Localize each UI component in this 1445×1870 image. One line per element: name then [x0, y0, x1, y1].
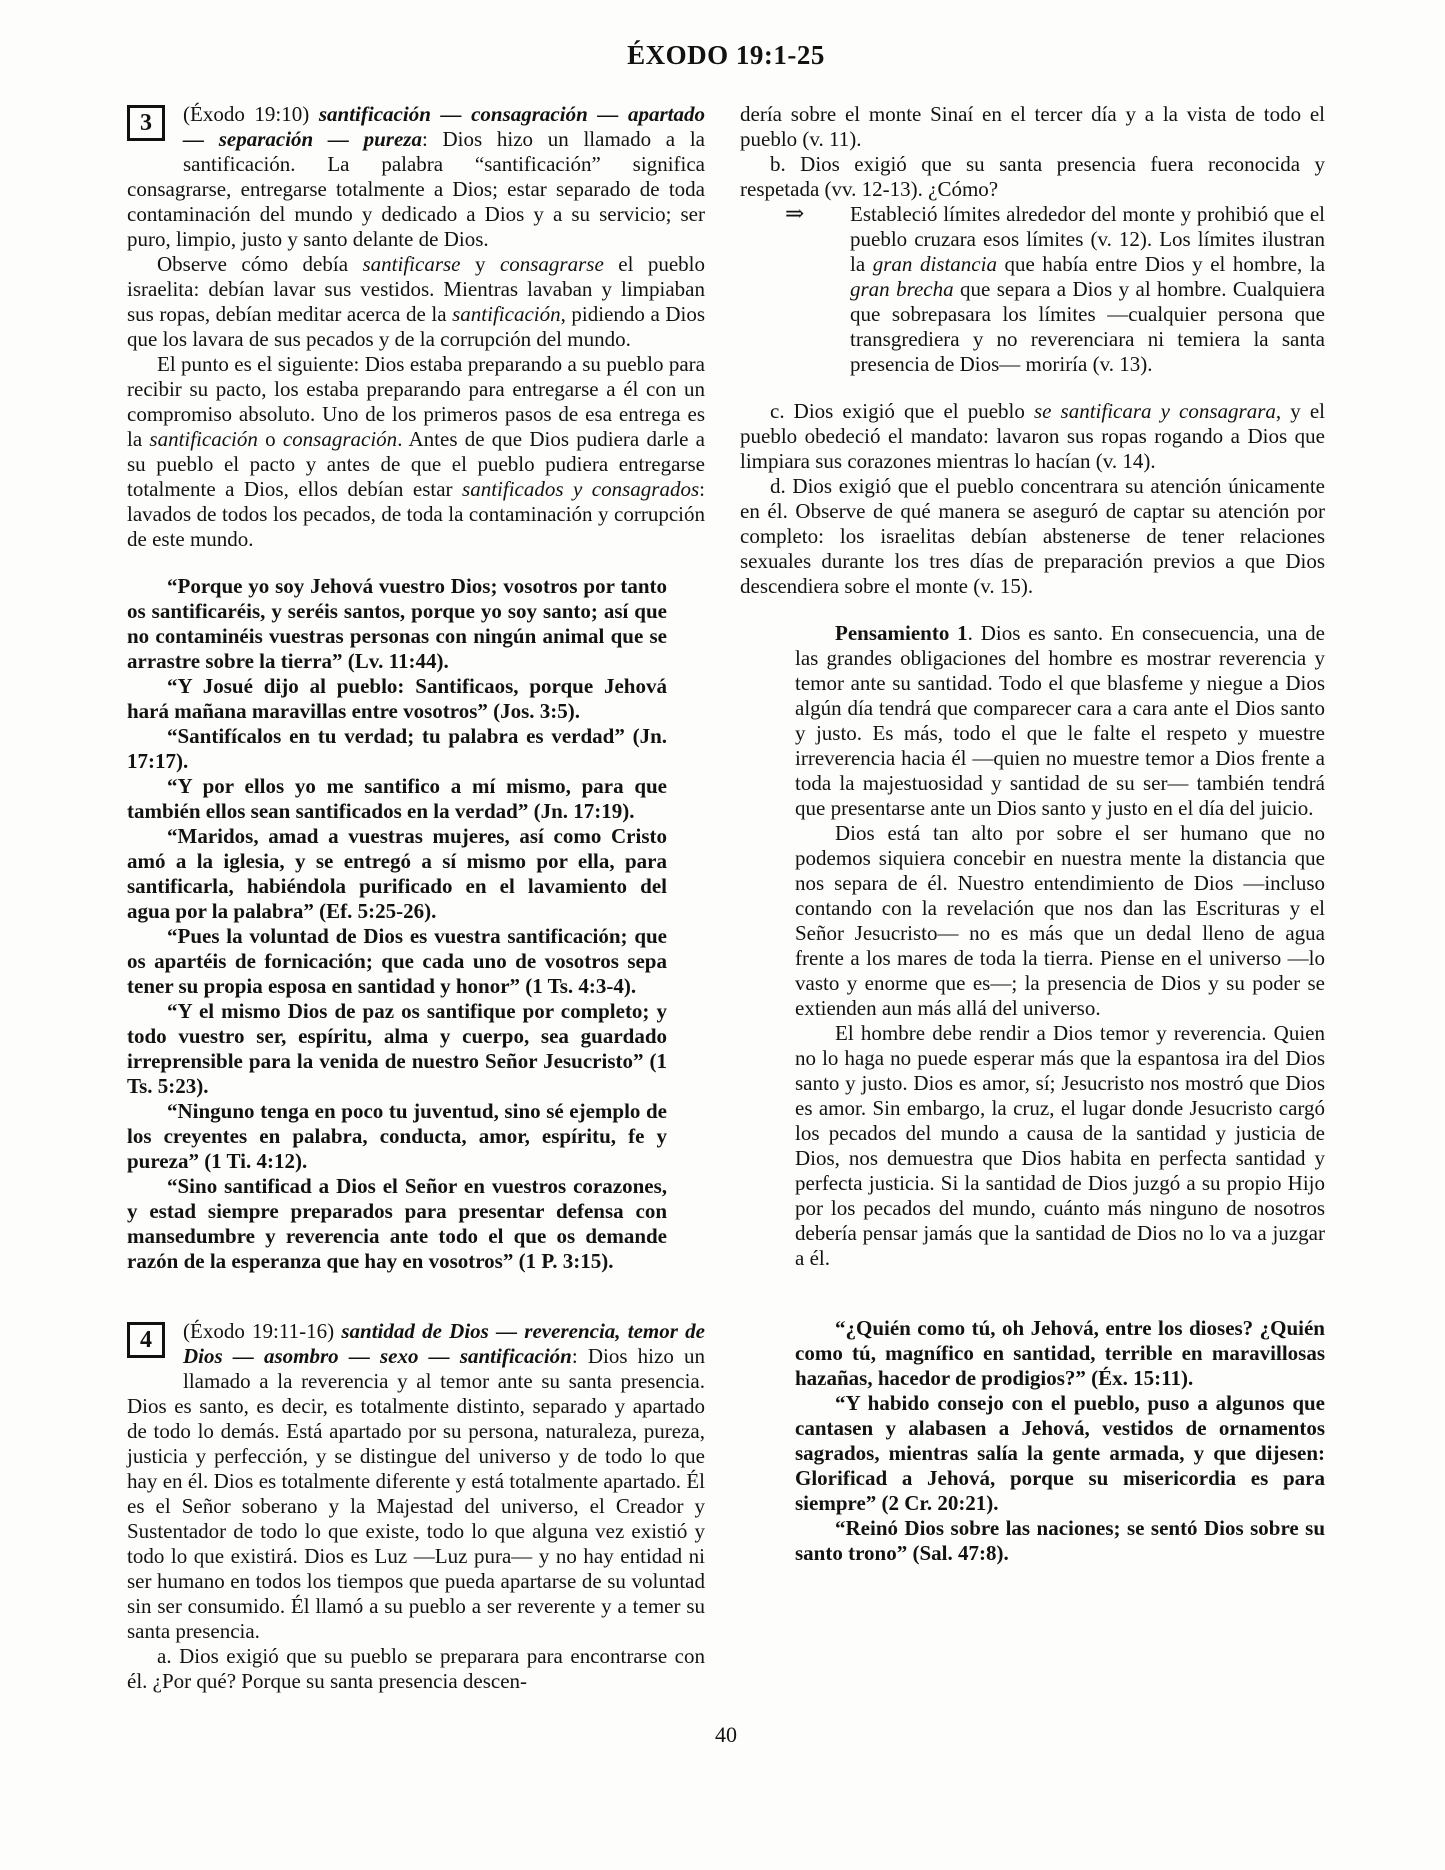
text-run: Observe cómo debía	[157, 252, 363, 276]
text-run: santificación	[149, 427, 258, 451]
text-run: a. Dios exigió que su pueblo se preparar…	[127, 1644, 705, 1693]
text-run: “Maridos, amad a vuestras mujeres, así c…	[127, 824, 667, 923]
text-run: y	[461, 252, 500, 276]
section-number-box: 3	[127, 105, 165, 141]
scripture-quote: “Santifícalos en tu verdad; tu palabra e…	[127, 724, 667, 774]
page-header-title: ÉXODO 19:1-25	[127, 40, 1325, 71]
scripture-quote: “Reinó Dios sobre las naciones; se sentó…	[795, 1516, 1325, 1566]
text-run: santificación	[452, 302, 561, 326]
scripture-quote: “Sino santificad a Dios el Señor en vues…	[127, 1174, 667, 1274]
page-number: 40	[127, 1722, 1325, 1748]
scripture-quote: “Ninguno tenga en poco tu juventud, sino…	[127, 1099, 667, 1174]
text-run: santificados y consagrados	[462, 477, 699, 501]
text-run: (Éxodo 19:10)	[183, 102, 319, 126]
scripture-quote: “Y Josué dijo al pueblo: Santificaos, po…	[127, 674, 667, 724]
paragraph: El punto es el siguiente: Dios estaba pr…	[127, 352, 705, 552]
text-run: “Reinó Dios sobre las naciones; se sentó…	[795, 1516, 1325, 1565]
text-run: “Y habido consejo con el pueblo, puso a …	[795, 1391, 1325, 1515]
scripture-quote: “Porque yo soy Jehová vuestro Dios; voso…	[127, 574, 667, 674]
text-run: b. Dios exigió que su santa presencia fu…	[740, 152, 1325, 201]
section-heading: 3(Éxodo 19:10) santificación — consagrac…	[127, 102, 705, 252]
text-run: . Dios es santo. En consecuencia, una de…	[795, 621, 1325, 820]
left-column: 3(Éxodo 19:10) santificación — consagrac…	[127, 102, 705, 1694]
paragraph: d. Dios exigió que el pueblo concentrara…	[740, 474, 1325, 599]
right-column: dería sobre el monte Sinaí en el tercer …	[740, 102, 1325, 1694]
scripture-quote: “Y el mismo Dios de paz os santifique po…	[127, 999, 667, 1099]
paragraph: c. Dios exigió que el pueblo se santific…	[740, 399, 1325, 474]
text-run: (Éxodo 19:11-16)	[183, 1319, 341, 1343]
content-columns: 3(Éxodo 19:10) santificación — consagrac…	[127, 102, 1325, 1694]
text-run: gran distancia	[873, 252, 997, 276]
text-run: “Y el mismo Dios de paz os santifique po…	[127, 999, 667, 1098]
text-run: c. Dios exigió que el pueblo	[770, 399, 1034, 423]
page: ÉXODO 19:1-25 3(Éxodo 19:10) santificaci…	[0, 0, 1445, 1870]
arrow-list-item: ⇒Estableció límites alrededor del monte …	[850, 202, 1325, 377]
text-run: El hombre debe rendir a Dios temor y rev…	[795, 1021, 1325, 1270]
text-run: consagrarse	[500, 252, 604, 276]
paragraph: b. Dios exigió que su santa presencia fu…	[740, 152, 1325, 202]
text-run: “Porque yo soy Jehová vuestro Dios; voso…	[127, 574, 667, 673]
text-run: o	[258, 427, 283, 451]
scripture-quote: “Y por ellos yo me santifico a mí mismo,…	[127, 774, 667, 824]
text-run: que había entre Dios y el hombre, la	[997, 252, 1325, 276]
scripture-quote: “¿Quién como tú, oh Jehová, entre los di…	[795, 1316, 1325, 1391]
scripture-quote: “Maridos, amad a vuestras mujeres, así c…	[127, 824, 667, 924]
text-run: consagración	[283, 427, 397, 451]
text-run: dería sobre el monte Sinaí en el tercer …	[740, 102, 1325, 151]
text-run: Dios está tan alto por sobre el ser huma…	[795, 821, 1325, 1020]
text-run: Pensamiento 1	[835, 621, 968, 645]
text-run: “Y Josué dijo al pueblo: Santificaos, po…	[127, 674, 667, 723]
text-run: d. Dios exigió que el pueblo concentrara…	[740, 474, 1325, 598]
text-run: gran brecha	[850, 277, 954, 301]
thought-paragraph: El hombre debe rendir a Dios temor y rev…	[795, 1021, 1325, 1271]
text-run: “Pues la voluntad de Dios es vuestra san…	[127, 924, 667, 998]
text-run: santificarse	[363, 252, 461, 276]
text-run: “Santifícalos en tu verdad; tu palabra e…	[127, 724, 667, 773]
section-number-box: 4	[127, 1322, 165, 1358]
text-run: “¿Quién como tú, oh Jehová, entre los di…	[795, 1316, 1325, 1390]
text-run: “Ninguno tenga en poco tu juventud, sino…	[127, 1099, 667, 1173]
text-run: “Sino santificad a Dios el Señor en vues…	[127, 1174, 667, 1273]
text-run: “Y por ellos yo me santifico a mí mismo,…	[127, 774, 667, 823]
scripture-quote: “Y habido consejo con el pueblo, puso a …	[795, 1391, 1325, 1516]
text-run: : Dios hizo un llamado a la reverencia y…	[127, 1344, 705, 1643]
paragraph: Observe cómo debía santificarse y consag…	[127, 252, 705, 352]
section-heading: 4(Éxodo 19:11-16) santidad de Dios — rev…	[127, 1319, 705, 1644]
thought-paragraph: Pensamiento 1. Dios es santo. En consecu…	[795, 621, 1325, 821]
paragraph: dería sobre el monte Sinaí en el tercer …	[740, 102, 1325, 152]
scripture-quote: “Pues la voluntad de Dios es vuestra san…	[127, 924, 667, 999]
paragraph: a. Dios exigió que su pueblo se preparar…	[127, 1644, 705, 1694]
double-arrow-icon: ⇒	[785, 201, 804, 226]
text-run: se santificara y consagrara	[1034, 399, 1276, 423]
thought-paragraph: Dios está tan alto por sobre el ser huma…	[795, 821, 1325, 1021]
